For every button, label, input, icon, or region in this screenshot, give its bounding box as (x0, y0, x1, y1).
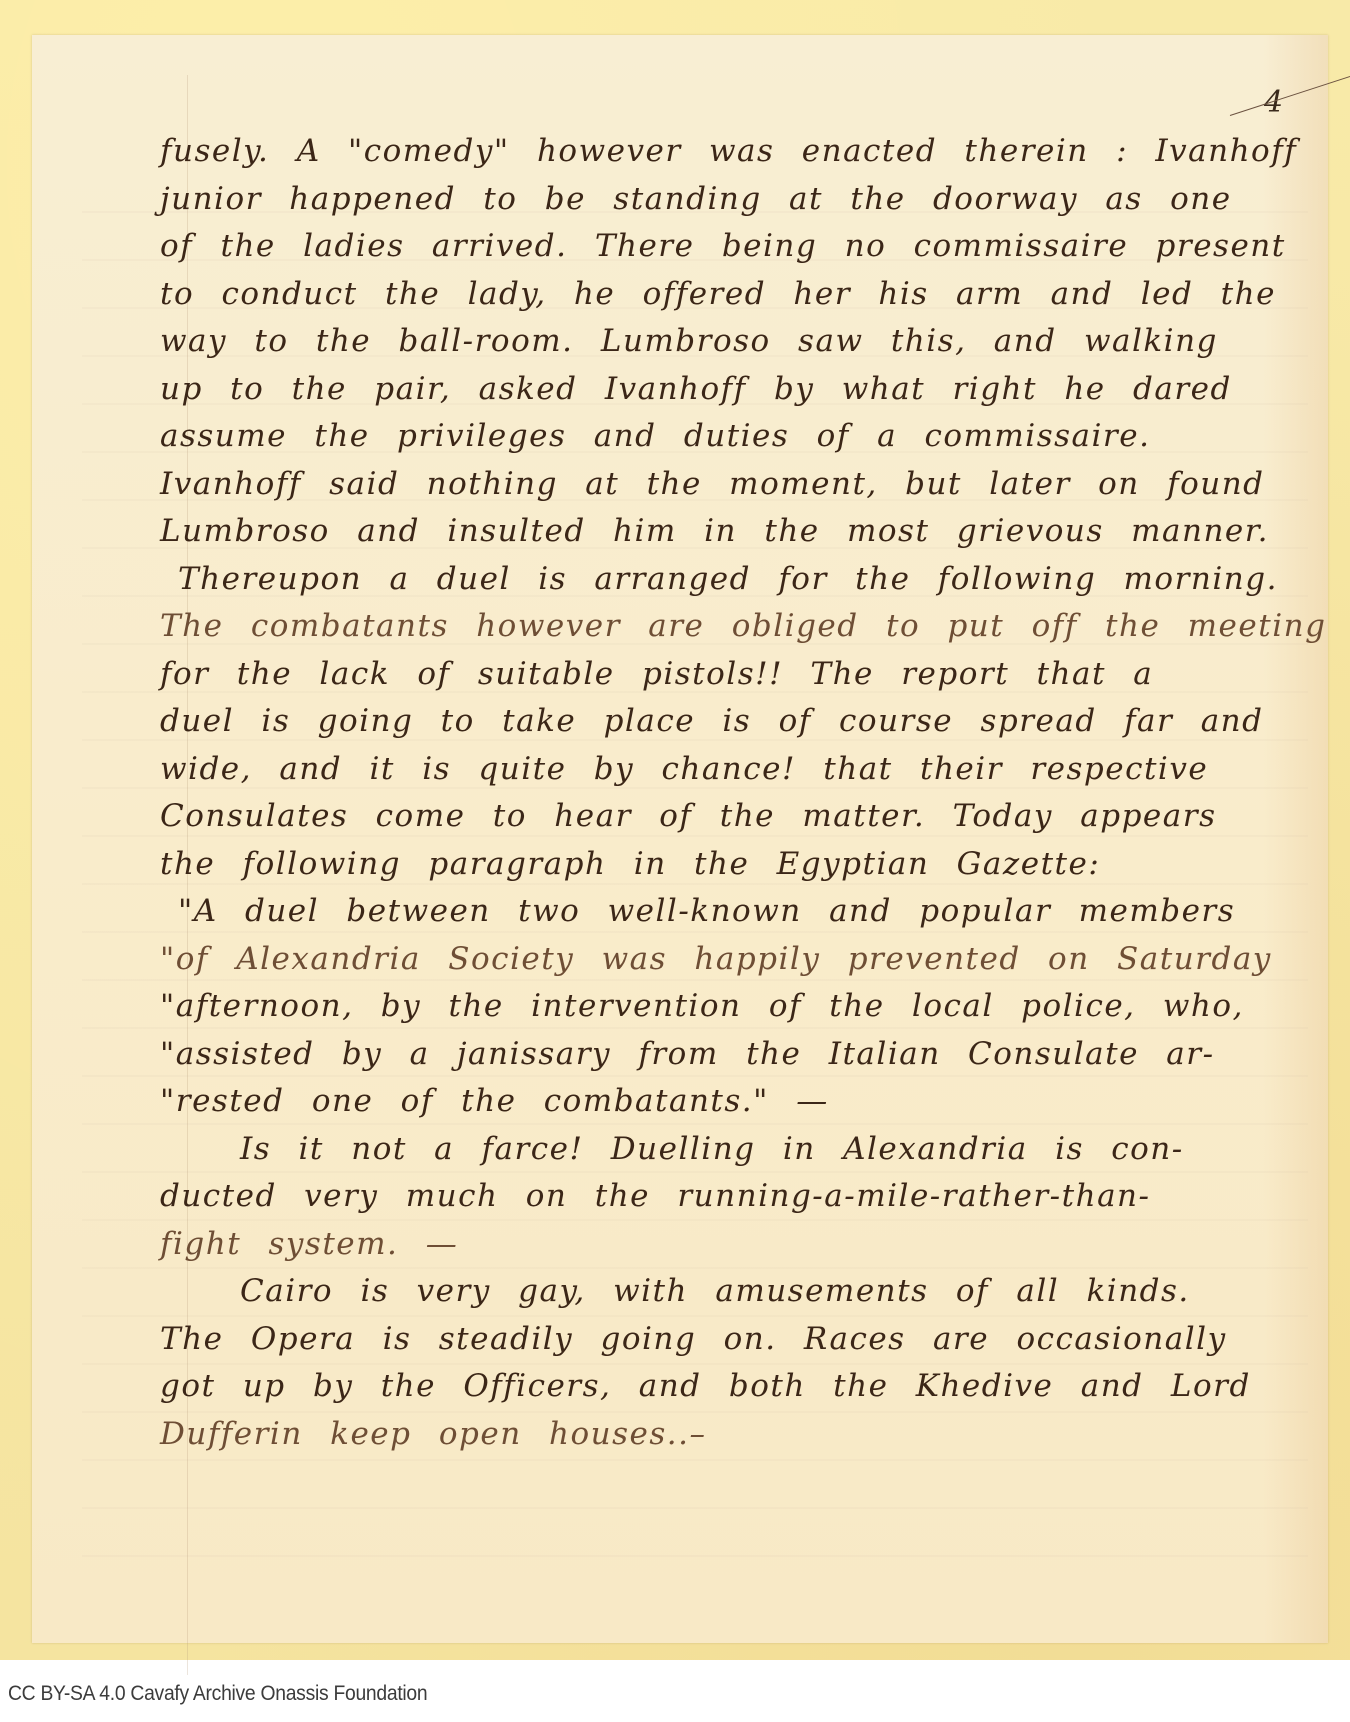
text-line: The Opera is steadily going on. Races ar… (160, 1316, 1320, 1364)
text-line: ducted very much on the running-a-mile-r… (160, 1173, 1320, 1221)
text-line: wide, and it is quite by chance! that th… (160, 746, 1320, 794)
text-line: Lumbroso and insulted him in the most gr… (160, 508, 1320, 556)
text-line: assume the privileges and duties of a co… (160, 413, 1320, 461)
text-line: to conduct the lady, he offered her his … (160, 271, 1320, 319)
text-line: Thereupon a duel is arranged for the fol… (160, 556, 1320, 604)
text-line: of the ladies arrived. There being no co… (160, 223, 1320, 271)
text-line: Dufferin keep open houses..– (160, 1411, 1320, 1459)
text-line: the following paragraph in the Egyptian … (160, 841, 1320, 889)
handwritten-text: fusely. A "comedy" however was enacted t… (160, 128, 1320, 1458)
text-line: up to the pair, asked Ivanhoff by what r… (160, 366, 1320, 414)
text-line: Is it not a farce! Duelling in Alexandri… (160, 1126, 1320, 1174)
text-line: Consulates come to hear of the matter. T… (160, 793, 1320, 841)
text-line: fusely. A "comedy" however was enacted t… (160, 128, 1320, 176)
quoted-text-line: "of Alexandria Society was happily preve… (160, 936, 1320, 984)
text-line: The combatants however are obliged to pu… (160, 603, 1320, 651)
quoted-text-line: "afternoon, by the intervention of the l… (160, 983, 1320, 1031)
text-line: Cairo is very gay, with amusements of al… (160, 1268, 1320, 1316)
text-line: Ivanhoff said nothing at the moment, but… (160, 461, 1320, 509)
text-line: junior happened to be standing at the do… (160, 176, 1320, 224)
text-line: for the lack of suitable pistols!! The r… (160, 651, 1320, 699)
text-line: way to the ball-room. Lumbroso saw this,… (160, 318, 1320, 366)
scan-background: 4 fusely. A "comedy" however was enacted… (0, 0, 1350, 1660)
text-line: duel is going to take place is of course… (160, 698, 1320, 746)
text-line: fight system. — (160, 1221, 1320, 1269)
license-credit: CC BY-SA 4.0 Cavafy Archive Onassis Foun… (8, 1682, 427, 1706)
quoted-text-line: "assisted by a janissary from the Italia… (160, 1031, 1320, 1079)
text-line: got up by the Officers, and both the Khe… (160, 1363, 1320, 1411)
quoted-text-line: "A duel between two well-known and popul… (160, 888, 1320, 936)
quoted-text-line: "rested one of the combatants." — (160, 1078, 1320, 1126)
corner-pen-stroke (1230, 75, 1350, 116)
